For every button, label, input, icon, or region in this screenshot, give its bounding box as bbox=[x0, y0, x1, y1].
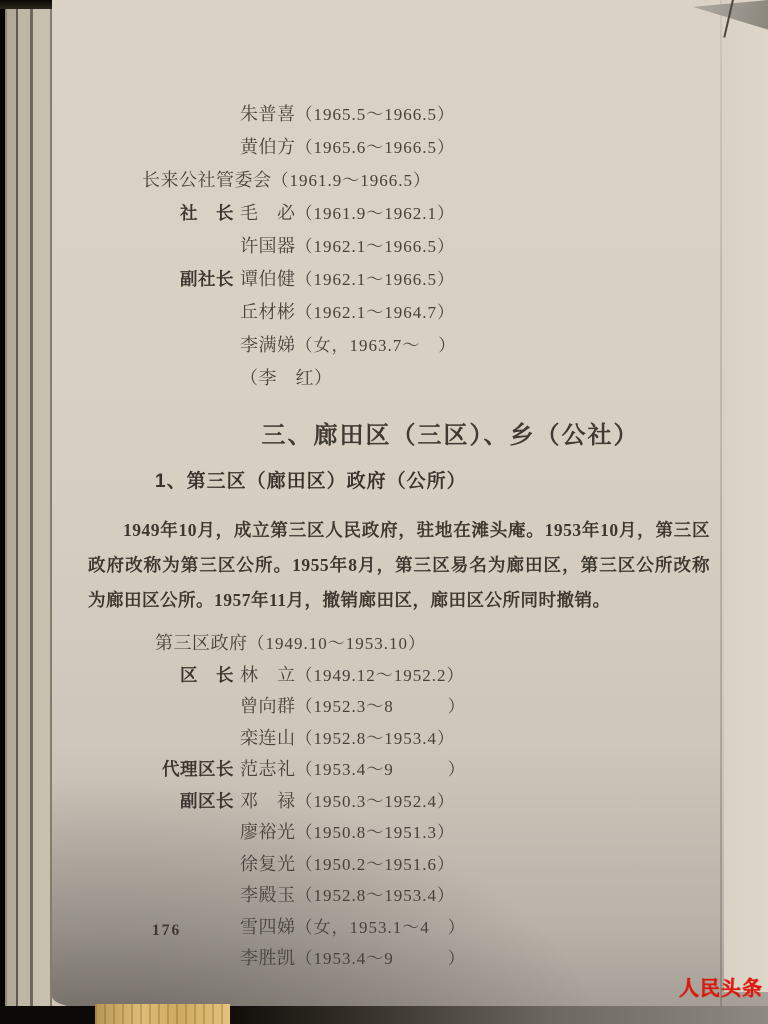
term-dates: （1965.5～1966.5） bbox=[296, 100, 456, 125]
list-item: 朱普喜 （1965.5～1966.5） bbox=[88, 100, 728, 133]
person-name: 栾连山 bbox=[240, 724, 296, 750]
list-item: （李 红） bbox=[88, 364, 728, 397]
term-dates: （女，1963.7～ ） bbox=[296, 331, 457, 356]
list-item: 许国器 （1962.1～1966.5） bbox=[88, 232, 728, 265]
list-item: 栾连山 （1952.8～1953.4） bbox=[88, 724, 728, 756]
term-dates: （1950.2～1951.6） bbox=[296, 850, 456, 875]
person-name: 朱普喜 bbox=[240, 100, 296, 126]
person-name: 雪四娣 bbox=[240, 913, 296, 939]
person-name: 徐复光 bbox=[240, 850, 296, 876]
term-dates: （1953.4～9 ） bbox=[296, 755, 466, 780]
list-item: 区 长 林 立 （1949.12～1952.2） bbox=[88, 661, 728, 693]
list-item: 李胜凯 （1953.4～9 ） bbox=[88, 944, 728, 976]
term-dates: （1949.12～1952.2） bbox=[296, 661, 465, 686]
watermark: 人民头条 bbox=[679, 972, 763, 1001]
list-item: 曾向群 （1952.3～8 ） bbox=[88, 692, 728, 724]
list-item: 第三区政府 （1949.10～1953.10） bbox=[88, 629, 728, 661]
leadership-list-continuation: 朱普喜 （1965.5～1966.5） 黄伯方 （1965.6～1966.5） … bbox=[88, 100, 728, 397]
wood-sliver bbox=[95, 1004, 230, 1024]
person-name: 李殿玉 bbox=[240, 881, 296, 907]
list-item: 长来公社管委会 （1961.9～1966.5） bbox=[88, 166, 728, 199]
list-item: 黄伯方 （1965.6～1966.5） bbox=[88, 133, 728, 166]
term-dates: （1949.10～1953.10） bbox=[248, 629, 427, 654]
person-name: 李满娣 bbox=[240, 331, 296, 357]
list-item: 代理区长 范志礼 （1953.4～9 ） bbox=[88, 755, 728, 787]
list-item: 徐复光 （1950.2～1951.6） bbox=[88, 850, 728, 882]
book-photo: 朱普喜 （1965.5～1966.5） 黄伯方 （1965.6～1966.5） … bbox=[0, 0, 768, 1024]
page-content: 朱普喜 （1965.5～1966.5） 黄伯方 （1965.6～1966.5） … bbox=[88, 100, 728, 976]
district-government-list: 第三区政府 （1949.10～1953.10） 区 长 林 立 （1949.12… bbox=[88, 629, 728, 976]
term-dates: （1953.4～9 ） bbox=[296, 944, 466, 969]
person-name: 长来公社管委会 bbox=[142, 166, 272, 192]
position-label: 副区长 bbox=[88, 788, 240, 813]
person-name: 李胜凯 bbox=[240, 944, 296, 970]
person-name: 廖裕光 bbox=[240, 818, 296, 844]
person-name: 曾向群 bbox=[240, 692, 296, 718]
person-name: 第三区政府 bbox=[155, 629, 248, 655]
term-dates: （1961.9～1966.5） bbox=[272, 166, 432, 191]
adjacent-page-edge bbox=[724, 0, 768, 992]
position-label: 代理区长 bbox=[88, 756, 240, 781]
term-dates: （1962.1～1964.7） bbox=[296, 298, 456, 323]
list-item: 副社长 谭伯健 （1962.1～1966.5） bbox=[88, 265, 728, 298]
subsection-heading: 1、第三区（廊田区）政府（公所） bbox=[155, 467, 728, 497]
list-item: 廖裕光 （1950.8～1951.3） bbox=[88, 818, 728, 850]
term-dates: （1950.3～1952.4） bbox=[296, 787, 456, 812]
person-name: 谭伯健 bbox=[240, 265, 296, 291]
list-item: 社 长 毛 必 （1961.9～1962.1） bbox=[88, 199, 728, 232]
term-dates: （1962.1～1966.5） bbox=[296, 232, 456, 257]
person-name: 毛 必 bbox=[240, 199, 296, 225]
term-dates: （1952.3～8 ） bbox=[296, 692, 466, 717]
term-dates: （1952.8～1953.4） bbox=[296, 724, 456, 749]
position-label: 社 长 bbox=[88, 200, 240, 225]
section-paragraph: 1949年10月，成立第三区人民政府，驻地在滩头庵。1953年10月，第三区政府… bbox=[88, 513, 710, 618]
page-number: 176 bbox=[152, 922, 181, 940]
person-name: 邓 禄 bbox=[240, 787, 296, 813]
person-name: （李 红） bbox=[240, 364, 333, 390]
list-item: 丘材彬 （1962.1～1964.7） bbox=[88, 298, 728, 331]
position-label: 区 长 bbox=[88, 662, 240, 687]
list-item: 李殿玉 （1952.8～1953.4） bbox=[88, 881, 728, 913]
position-label: 副社长 bbox=[88, 266, 240, 291]
person-name: 许国器 bbox=[240, 232, 296, 258]
list-item: 雪四娣 （女，1953.1～4 ） bbox=[88, 913, 728, 945]
person-name: 范志礼 bbox=[240, 755, 296, 781]
term-dates: （1962.1～1966.5） bbox=[296, 265, 456, 290]
list-item: 副区长 邓 禄 （1950.3～1952.4） bbox=[88, 787, 728, 819]
term-dates: （1965.6～1966.5） bbox=[296, 133, 456, 158]
list-item: 李满娣 （女，1963.7～ ） bbox=[88, 331, 728, 364]
term-dates: （1961.9～1962.1） bbox=[296, 199, 456, 224]
term-dates: （1950.8～1951.3） bbox=[296, 818, 456, 843]
term-dates: （女，1953.1～4 ） bbox=[296, 913, 466, 938]
section-heading: 三、廊田区（三区）、乡（公社） bbox=[88, 418, 728, 454]
person-name: 丘材彬 bbox=[240, 298, 296, 324]
person-name: 林 立 bbox=[240, 661, 296, 687]
person-name: 黄伯方 bbox=[240, 133, 296, 159]
book-page: 朱普喜 （1965.5～1966.5） 黄伯方 （1965.6～1966.5） … bbox=[52, 0, 768, 1008]
term-dates: （1952.8～1953.4） bbox=[296, 881, 456, 906]
